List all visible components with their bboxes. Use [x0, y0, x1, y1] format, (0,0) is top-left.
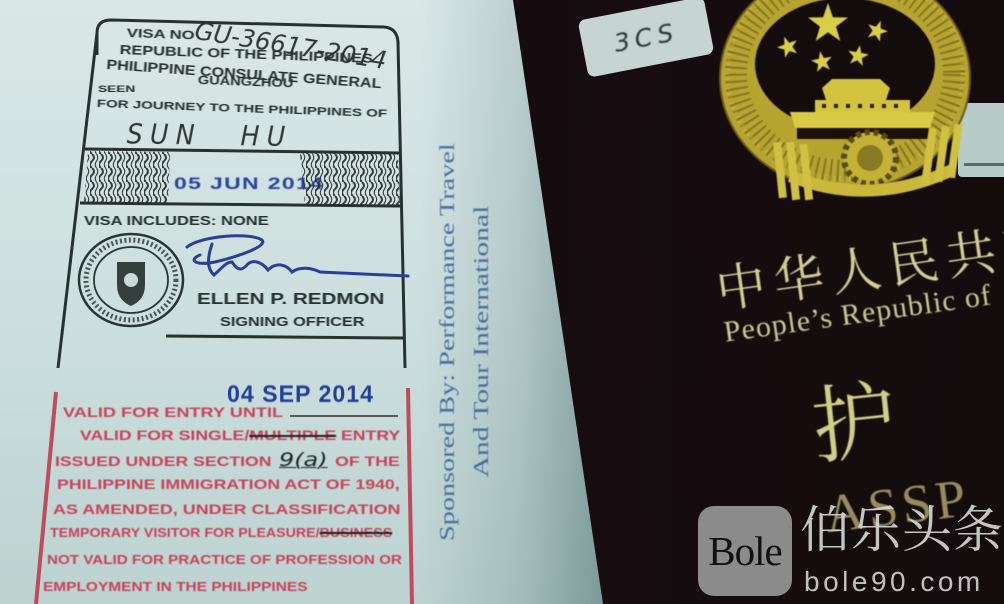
bole-logo-text: Bole [708, 527, 781, 575]
watermark-site: bole90.com [804, 568, 984, 596]
passport-title-chinese: 护 [808, 377, 900, 469]
photo-canvas: VISA NO GU-36617-2014 REPUBLIC OF THE PH… [0, 0, 1004, 604]
bole-logo-icon: Bole [698, 506, 792, 596]
watermark-brand: 伯乐头条 [800, 505, 1004, 555]
